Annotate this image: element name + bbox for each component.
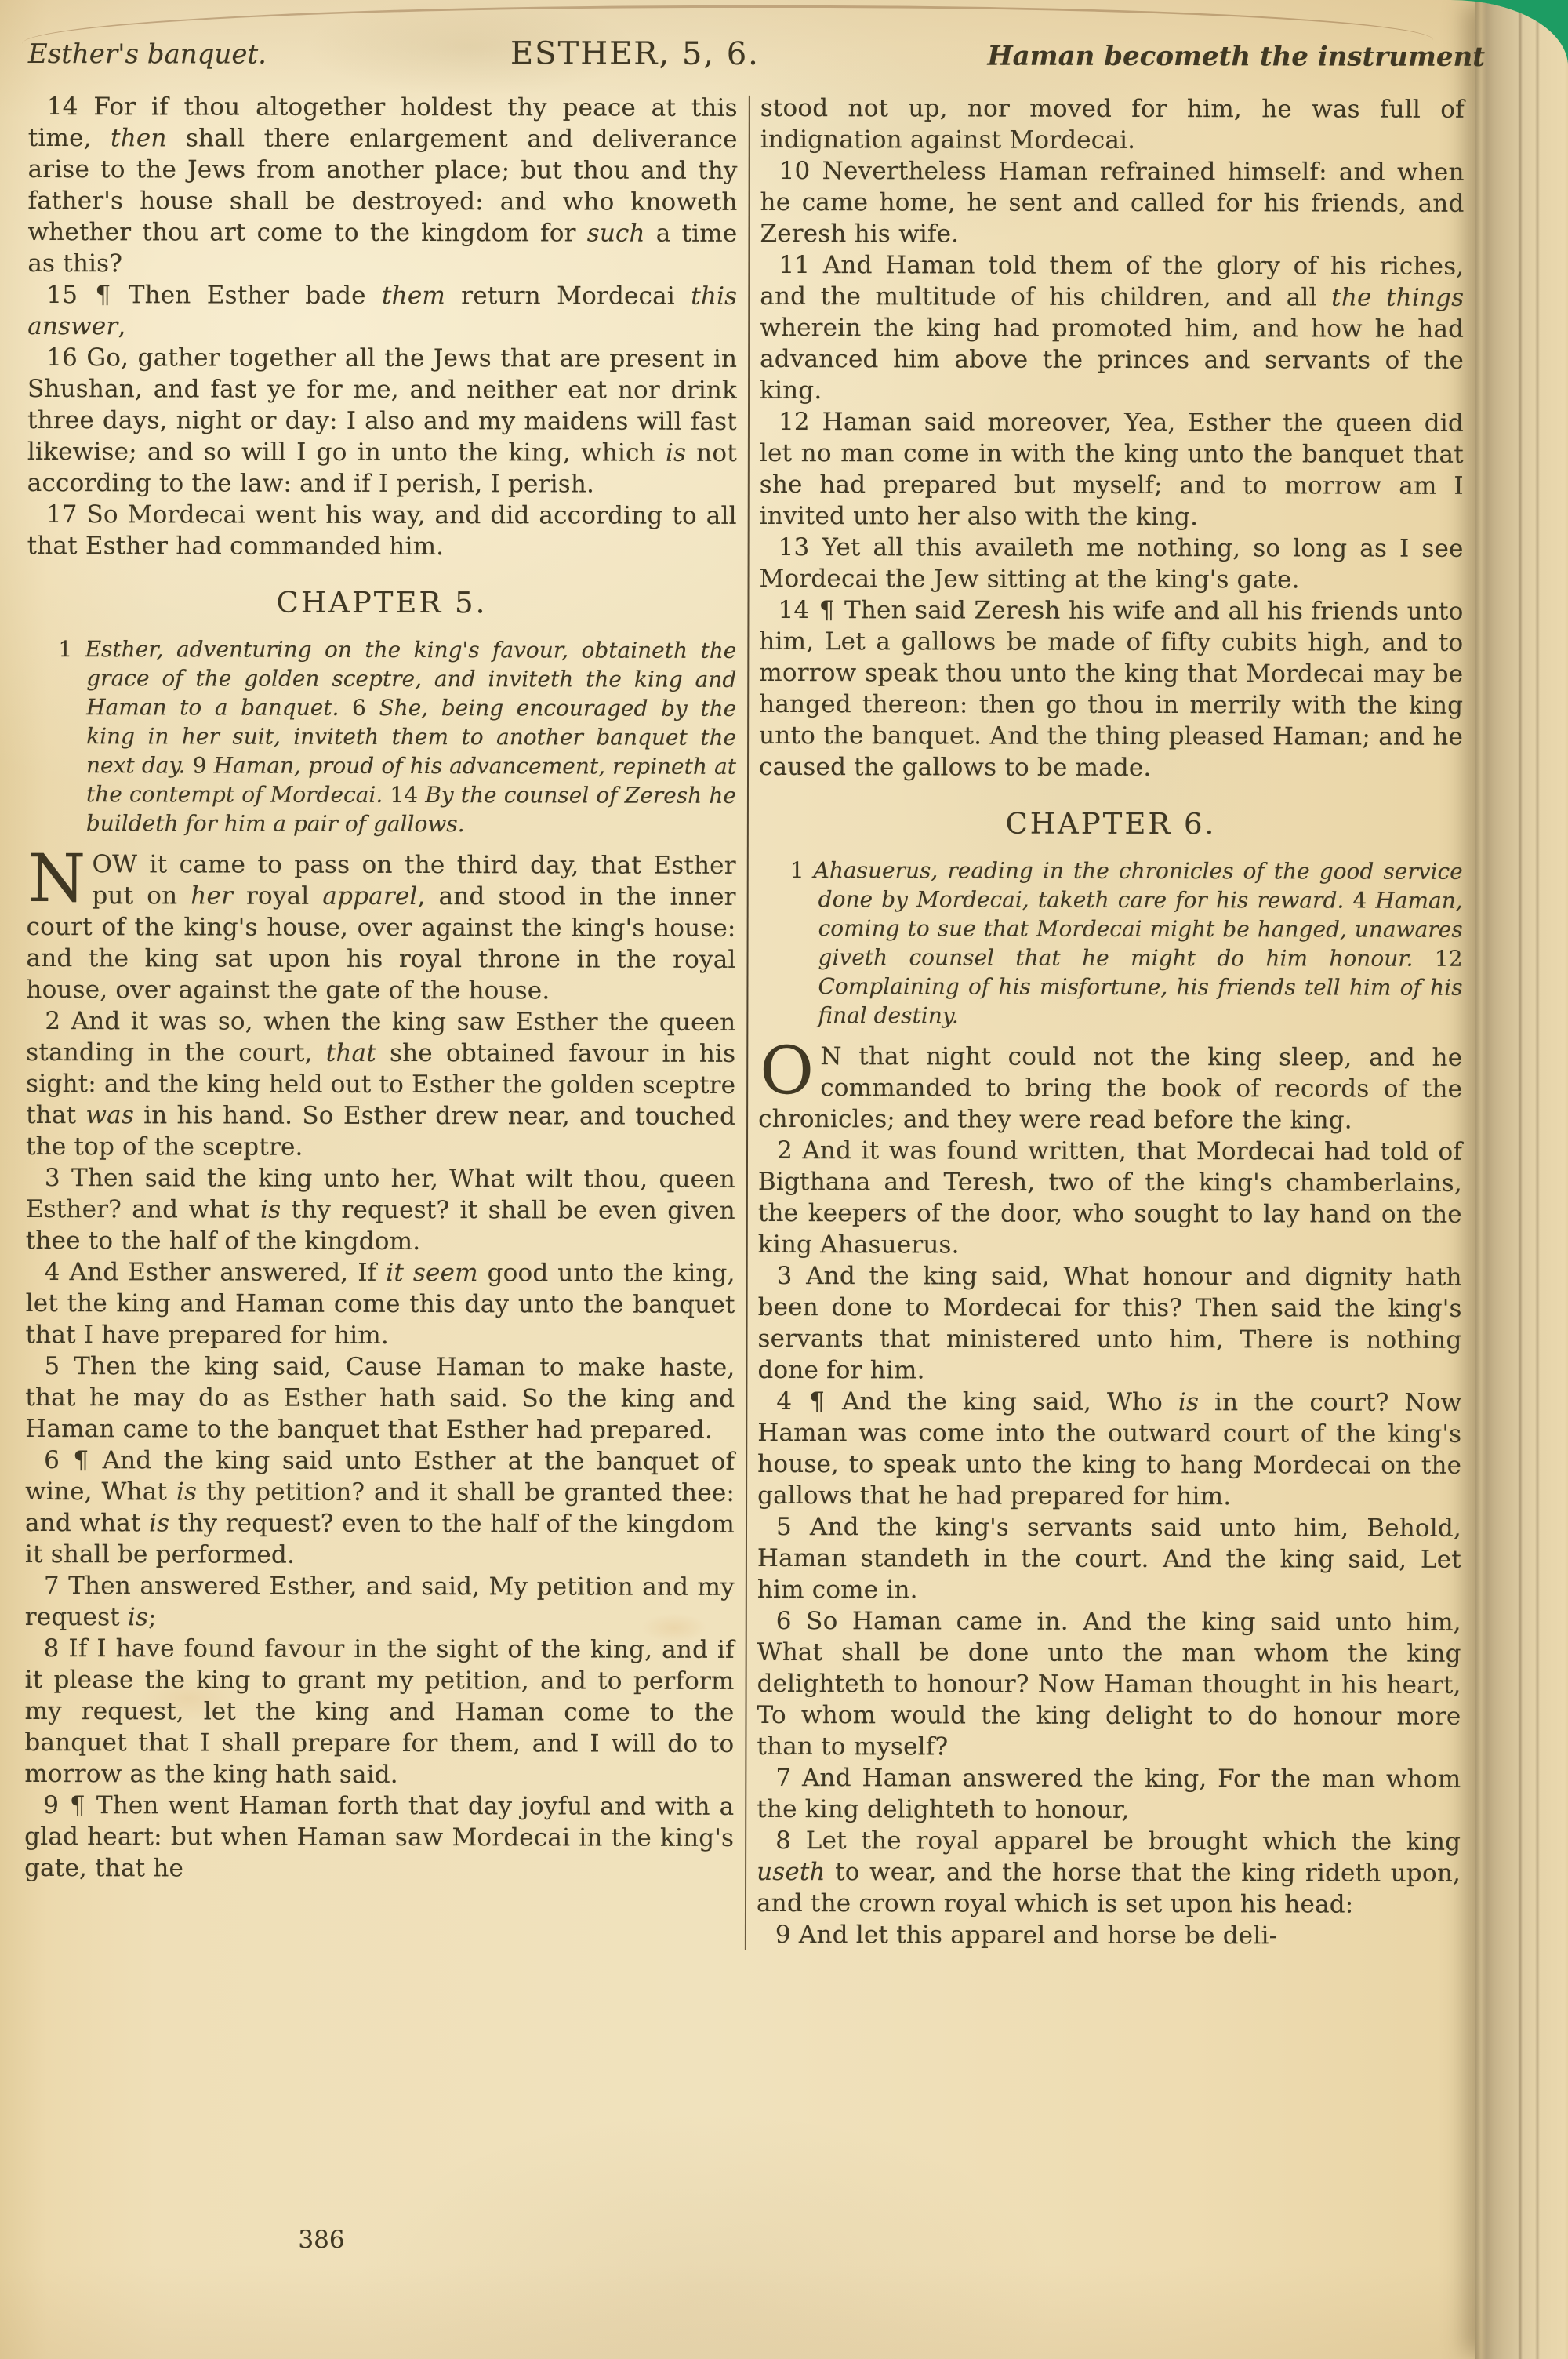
verse: 4 ¶ And the king said, Who is in the cou… (757, 1386, 1461, 1513)
verse: ON that night could not the king sleep, … (758, 1041, 1462, 1136)
verse-number: 10 (779, 157, 811, 185)
verse: 13 Yet all this availeth me nothing, so … (760, 532, 1464, 596)
verse: 12 Haman said moreover, Yea, Esther the … (760, 406, 1464, 533)
verse: 6 So Haman came in. And the king said un… (757, 1605, 1461, 1764)
page-edge-curl (1475, 0, 1568, 2359)
summary-verse-number: 1 (58, 636, 72, 662)
verse-number: 17 (46, 500, 78, 529)
text-column-left: 14 For if thou altogether holdest thy pe… (24, 91, 738, 1950)
summary-verse-number: 12 (1435, 946, 1463, 972)
two-column-text: 14 For if thou altogether holdest thy pe… (24, 91, 1485, 1952)
verse: NOW it came to pass on the third day, th… (26, 849, 735, 1007)
pilcrow-mark: ¶ (808, 1387, 826, 1416)
verse: 2 And it was found written, that Mordeca… (758, 1135, 1462, 1262)
page-content: Esther's banquet. ESTHER, 5, 6. Haman be… (24, 35, 1485, 1952)
verse: 4 And Esther answered, If it seem good u… (25, 1256, 735, 1352)
summary-verse-number: 14 (390, 782, 418, 808)
verse-number: 5 (776, 1513, 792, 1541)
verse-number: 7 (44, 1572, 60, 1600)
verse-number: 5 (44, 1352, 60, 1380)
summary-verse-number: 1 (790, 857, 804, 883)
verse: 9 And let this apparel and horse be deli… (757, 1919, 1461, 1952)
pilcrow-mark: ¶ (818, 596, 837, 624)
verse: 3 And the king said, What honour and dig… (757, 1260, 1461, 1387)
running-head: Esther's banquet. ESTHER, 5, 6. Haman be… (28, 35, 1485, 83)
pilcrow-mark: ¶ (71, 1446, 90, 1474)
bible-page: Esther's banquet. ESTHER, 5, 6. Haman be… (0, 0, 1568, 2359)
verse-continuation: stood not up, nor moved for him, he was … (760, 93, 1465, 157)
scanned-book-photo: Esther's banquet. ESTHER, 5, 6. Haman be… (0, 0, 1568, 2359)
verse-number: 14 (778, 596, 809, 624)
drop-cap-rest: OW (92, 850, 137, 878)
verse: 8 Let the royal apparel be brought which… (757, 1825, 1461, 1921)
page-number: 386 (243, 2226, 400, 2254)
pilcrow-mark: ¶ (68, 1791, 87, 1819)
verse: 8 If I have found favour in the sight of… (24, 1633, 734, 1791)
summary-verse-number: 9 (193, 752, 207, 778)
verse-number: 6 (776, 1607, 792, 1635)
verse-number: 11 (779, 251, 810, 279)
verse-number: 16 (46, 343, 78, 372)
verse-number: 12 (779, 408, 810, 436)
pilcrow-mark: ¶ (93, 281, 112, 309)
verse: 9 ¶ Then went Haman forth that day joyfu… (24, 1790, 734, 1885)
running-head-right: Haman becometh the instrument (905, 40, 1485, 73)
drop-cap-rest: N (820, 1042, 841, 1070)
verse: 5 Then the king said, Cause Haman to mak… (25, 1350, 735, 1446)
verse: 2 And it was so, when the king saw Esthe… (26, 1005, 735, 1164)
verse-number: 6 (44, 1446, 60, 1474)
verse: 11 And Haman told them of the glory of h… (760, 249, 1464, 408)
drop-cap: N (27, 849, 93, 903)
verse-number: 8 (775, 1826, 791, 1855)
verse: 16 Go, gather together all the Jews that… (27, 342, 737, 500)
chapter-heading: CHAPTER 5. (27, 585, 736, 620)
text-column-right: stood not up, nor moved for him, he was … (757, 93, 1465, 1952)
verse-number: 15 (46, 281, 78, 309)
verse-number: 14 (47, 93, 78, 121)
verse-number: 8 (44, 1634, 60, 1663)
verse: 14 For if thou altogether holdest thy pe… (27, 91, 738, 281)
verse: 6 ¶ And the king said unto Esther at the… (25, 1445, 735, 1572)
verse-number: 3 (777, 1262, 793, 1290)
chapter-summary: 1 Ahasuerus, reading in the chronicles o… (789, 856, 1462, 1031)
verse: 14 ¶ Then said Zeresh his wife and all h… (759, 594, 1464, 784)
verse: 17 So Mordecai went his way, and did acc… (27, 499, 737, 563)
verse-number: 7 (775, 1764, 791, 1792)
verse-number: 2 (45, 1007, 60, 1035)
verse-number: 4 (45, 1258, 60, 1286)
summary-verse-number: 4 (1352, 888, 1367, 914)
verse: 15 ¶ Then Esther bade them return Mordec… (27, 279, 737, 343)
verse-number: 4 (776, 1387, 792, 1416)
verse-number: 9 (43, 1791, 59, 1819)
verse: 7 Then answered Esther, and said, My pet… (25, 1570, 735, 1634)
verse-number: 2 (777, 1136, 793, 1165)
running-head-center: ESTHER, 5, 6. (365, 35, 905, 72)
chapter-summary: 1 Esther, adventuring on the king's favo… (58, 634, 737, 839)
running-head-left: Esther's banquet. (28, 38, 365, 71)
verse: 3 Then said the king unto her, What wilt… (26, 1162, 735, 1258)
verse-number: 3 (45, 1164, 60, 1192)
verse-number: 13 (779, 533, 810, 562)
verse: 10 Nevertheless Haman refrained himself:… (760, 155, 1464, 251)
verse: 7 And Haman answered the king, For the m… (757, 1762, 1461, 1826)
summary-verse-number: 6 (352, 695, 366, 721)
column-rule (745, 96, 750, 1950)
chapter-heading: CHAPTER 6. (759, 806, 1463, 841)
drop-cap: O (758, 1041, 820, 1096)
verse: 5 And the king's servants said unto him,… (757, 1511, 1461, 1607)
verse-number: 9 (775, 1921, 791, 1949)
